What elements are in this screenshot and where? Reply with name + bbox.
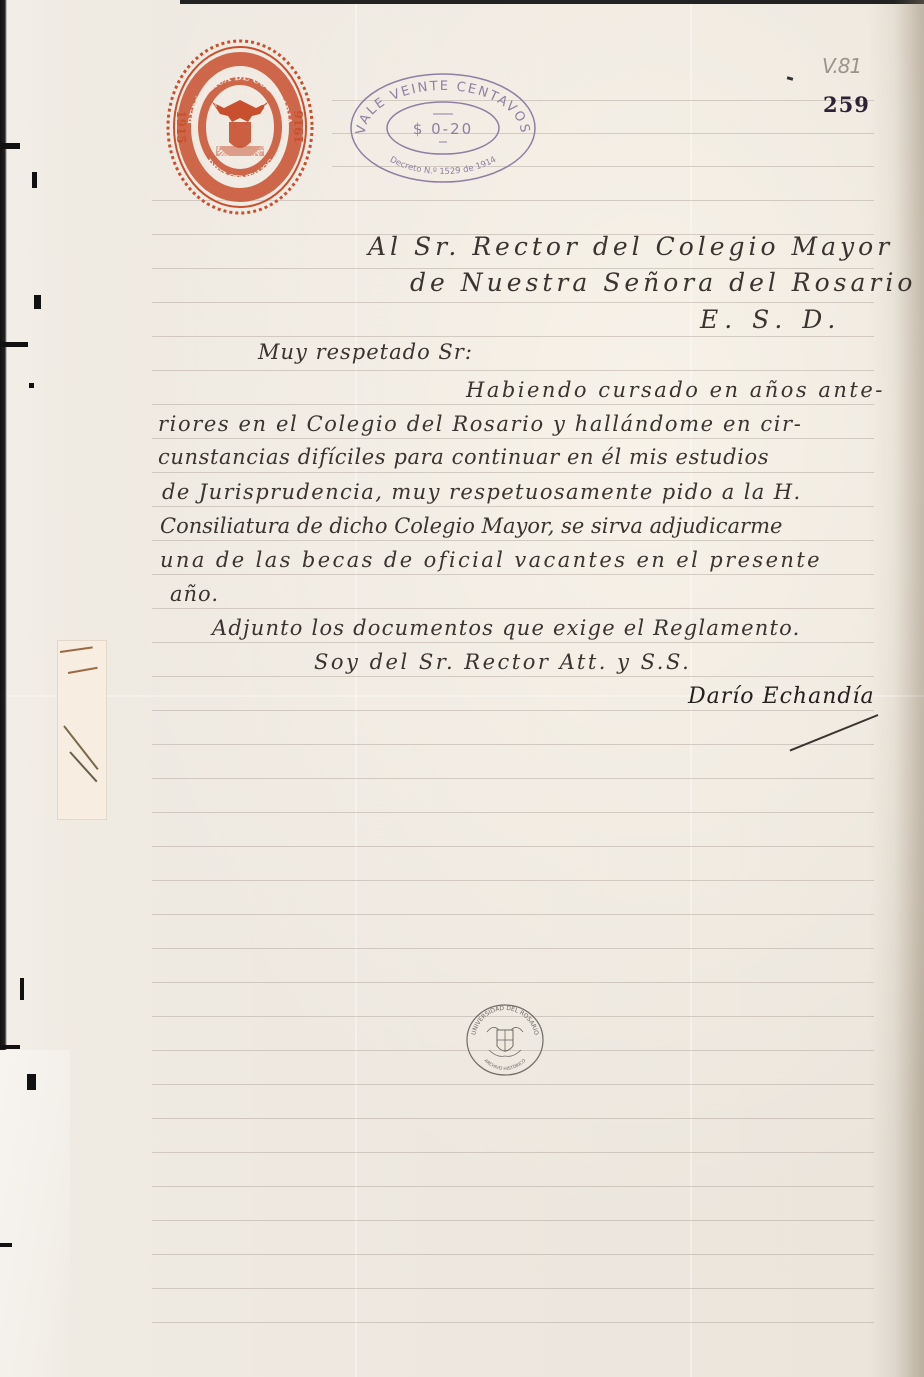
binding-mark [29,383,34,388]
ruled-line [152,438,874,439]
ruled-line [152,880,874,881]
binding-mark [0,143,20,149]
oval-stamp-icon: VALE VEINTE CENTAVOS Decreto N.º 1529 de… [349,72,537,184]
closing: Soy del Sr. Rector Att. y S.S. [314,650,691,674]
revenue-stamp: REPÚBLICA DE COLOMBIA DIEZ CENTAVOS PAPE… [166,38,314,216]
ruled-line [152,948,874,949]
torn-margin [0,1050,70,1377]
tape-stroke [68,667,98,674]
ruled-line [152,710,874,711]
body-line: de Jurisprudencia, muy respetuosamente p… [162,480,802,504]
address-line-2: de Nuestra Señora del Rosario [410,268,916,297]
address-line-3: E. S. D. [700,305,841,334]
ruled-line [152,778,874,779]
tape-stroke [60,646,93,653]
archive-seal-icon: UNIVERSIDAD DEL ROSARIO ARCHIVO HISTÓRIC… [465,1002,545,1077]
folio-number: 259 [823,92,870,117]
tape-repair [57,640,107,820]
body-line: Consiliatura de dicho Colegio Mayor, se … [160,514,782,538]
signature: Darío Echandía [688,684,875,709]
binding-mark [27,1074,36,1090]
body-line: Habiendo cursado en años ante- [466,378,885,402]
tape-stroke [69,751,97,782]
ruled-line [152,676,874,677]
ruled-line [152,1186,874,1187]
binding-mark [34,295,41,309]
ruled-line [152,642,874,643]
ruled-line [152,914,874,915]
page-edge-shadow [894,0,924,1377]
body-line: riores en el Colegio del Rosario y hallá… [158,412,802,436]
binding-mark [0,342,28,347]
ruled-line [152,846,874,847]
body-line: cunstancias difíciles para continuar en … [158,445,769,469]
ruled-line [152,472,874,473]
ruled-line [152,506,874,507]
pencil-volume-mark: V.81 [822,54,861,78]
ruled-line [152,1118,874,1119]
svg-text:1916: 1916 [292,110,306,143]
svg-text:1915: 1915 [174,110,188,143]
enclosure-note: Adjunto los documentos que exige el Regl… [212,616,801,640]
body-line: una de las becas de oficial vacantes en … [160,548,822,572]
svg-text:$ 0-20: $ 0-20 [413,120,473,138]
address-line-1: Al Sr. Rector del Colegio Mayor [368,232,893,261]
ruled-line [152,540,874,541]
letter-page: REPÚBLICA DE COLOMBIA DIEZ CENTAVOS PAPE… [0,0,924,1377]
ruled-line [152,608,874,609]
ruled-line [152,336,874,337]
svg-text:ARCHIVO HISTÓRICO: ARCHIVO HISTÓRICO [483,1058,528,1072]
body-line: año. [170,582,219,606]
salutation: Muy respetado Sr: [258,340,473,364]
binding-mark [0,1243,12,1247]
archive-stamp: UNIVERSIDAD DEL ROSARIO ARCHIVO HISTÓRIC… [465,1002,545,1077]
binding-mark [32,172,37,188]
svg-text:Decreto N.º 1529 de 1914: Decreto N.º 1529 de 1914 [388,155,498,177]
ruled-line [152,574,874,575]
revenue-seal-icon: REPÚBLICA DE COLOMBIA DIEZ CENTAVOS PAPE… [166,38,314,216]
binding-mark [20,978,24,1000]
ruled-line [152,1152,874,1153]
ruled-line [152,744,874,745]
ruled-line [152,982,874,983]
ruled-line [152,1322,874,1323]
ruled-line [152,812,874,813]
ruled-line [152,302,874,303]
ruled-line [152,1254,874,1255]
ruled-line [152,1288,874,1289]
ruled-line [152,370,874,371]
value-stamp: VALE VEINTE CENTAVOS Decreto N.º 1529 de… [349,72,537,184]
binding-mark [0,1045,20,1049]
ruled-line [152,1084,874,1085]
scan-top-edge [180,0,924,4]
ruled-line [152,404,874,405]
ruled-line [152,1220,874,1221]
